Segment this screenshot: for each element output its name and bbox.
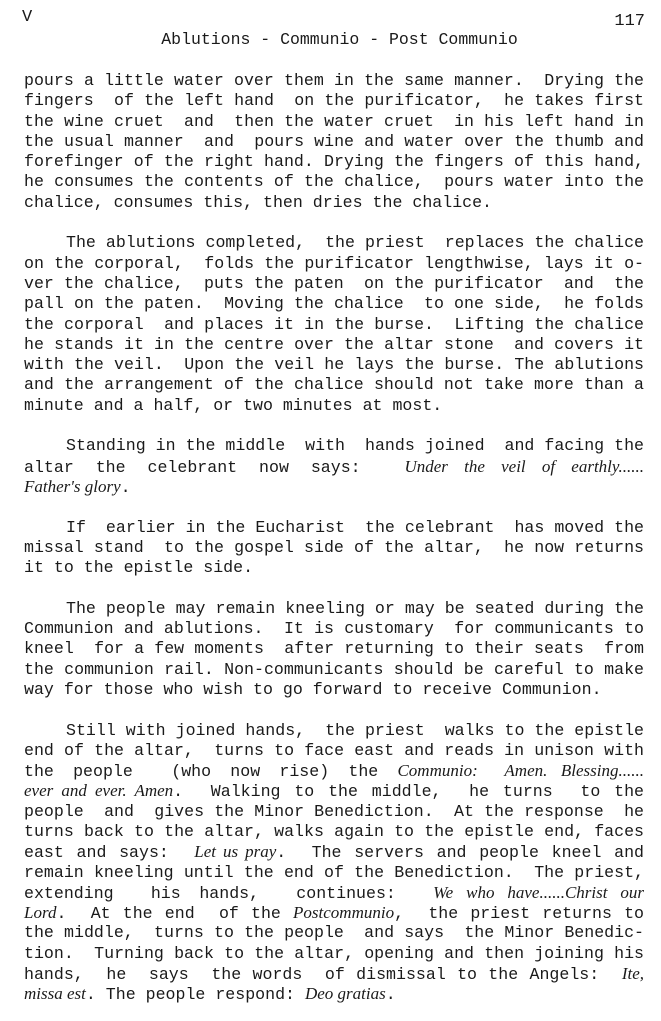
paragraph-gap — [24, 416, 644, 436]
text-line: missal stand to the gospel side of the a… — [24, 538, 644, 558]
paragraph: The people may remain kneeling or may be… — [24, 599, 644, 700]
text-line: end of the altar, turns to face east and… — [24, 741, 644, 761]
paragraph-gap — [24, 700, 644, 720]
text-line: the usual manner and pours wine and wate… — [24, 132, 644, 152]
text-run: chalice, consumes this, then dries the c… — [24, 193, 492, 212]
text-run: with the veil. Upon the veil he lays the… — [24, 355, 644, 374]
text-run: he consumes the contents of the chalice,… — [24, 172, 644, 191]
text-run: the corporal and places it in the burse.… — [24, 315, 644, 334]
italic-text: Father's glory — [24, 477, 121, 496]
text-line: kneel for a few moments after returning … — [24, 639, 644, 659]
text-line: it to the epistle side. — [24, 558, 644, 578]
text-run: . The people respond: — [86, 985, 305, 1004]
text-line: he stands it in the centre over the alta… — [24, 335, 644, 355]
text-line: minute and a half, or two minutes at mos… — [24, 396, 644, 416]
text-line: chalice, consumes this, then dries the c… — [24, 193, 644, 213]
paragraph: pours a little water over them in the sa… — [24, 71, 644, 213]
text-run: The ablutions completed, the priest repl… — [66, 233, 644, 252]
text-run: Standing in the middle with hands joined… — [66, 436, 644, 455]
text-line: Lord. At the end of the Postcommunio, th… — [24, 903, 644, 923]
text-run: extending his hands, continues: — [24, 884, 433, 903]
text-line: Standing in the middle with hands joined… — [24, 436, 644, 456]
text-line: east and says: Let us pray. The servers … — [24, 842, 644, 862]
text-line: the communion rail. Non-communicants sho… — [24, 660, 644, 680]
text-run: the communion rail. Non-communicants sho… — [24, 660, 644, 679]
text-line: the corporal and places it in the burse.… — [24, 315, 644, 335]
text-run: way for those who wish to go forward to … — [24, 680, 602, 699]
page-title: Ablutions - Communio - Post Communio — [0, 30, 661, 49]
text-run: it to the epistle side. — [24, 558, 253, 577]
text-run: Communion and ablutions. It is customary… — [24, 619, 644, 638]
paragraph: If earlier in the Eucharist the celebran… — [24, 518, 644, 579]
paragraph: Standing in the middle with hands joined… — [24, 436, 644, 497]
text-run: end of the altar, turns to face east and… — [24, 741, 644, 760]
text-run: . At the end of the — [56, 904, 293, 923]
text-run: , the priest returns to — [394, 904, 644, 923]
text-line: altar the celebrant now says: Under the … — [24, 457, 644, 477]
text-line: Father's glory. — [24, 477, 644, 497]
italic-text: Under the veil of earthly...... — [404, 457, 644, 476]
text-run: the people (who now rise) the — [24, 762, 397, 781]
text-run: missal stand to the gospel side of the a… — [24, 538, 644, 557]
text-run: on the corporal, folds the purificator l… — [24, 254, 644, 273]
page-number: 117 — [614, 12, 645, 31]
text-run: minute and a half, or two minutes at mos… — [24, 396, 442, 415]
text-run: pours a little water over them in the sa… — [24, 71, 644, 90]
text-line: tion. Turning back to the altar, opening… — [24, 944, 644, 964]
text-run: turns back to the altar, walks again to … — [24, 822, 644, 841]
italic-text: We who have......Christ our — [433, 883, 644, 902]
italic-text: Ite, — [622, 964, 644, 983]
text-run: forefinger of the right hand. Drying the… — [24, 152, 644, 171]
italic-text: Communio: Amen. Blessing...... — [397, 761, 644, 780]
text-line: remain kneeling until the end of the Ben… — [24, 863, 644, 883]
text-run: hands, he says the words of dismissal to… — [24, 965, 622, 984]
text-line: Communion and ablutions. It is customary… — [24, 619, 644, 639]
body-text: pours a little water over them in the sa… — [24, 71, 644, 1005]
text-run: and the arrangement of the chalice shoul… — [24, 375, 644, 394]
paragraph-gap — [24, 578, 644, 598]
paragraph: The ablutions completed, the priest repl… — [24, 233, 644, 416]
text-line: the middle, turns to the people and says… — [24, 923, 644, 943]
text-run: fingers of the left hand on the purifica… — [24, 91, 644, 110]
text-line: missa est. The people respond: Deo grati… — [24, 984, 644, 1004]
chapter-number: V — [22, 8, 32, 27]
text-line: turns back to the altar, walks again to … — [24, 822, 644, 842]
italic-text: missa est — [24, 984, 86, 1003]
text-line: fingers of the left hand on the purifica… — [24, 91, 644, 111]
text-line: he consumes the contents of the chalice,… — [24, 172, 644, 192]
text-run: the middle, turns to the people and says… — [24, 923, 644, 942]
italic-text: Let us pray — [194, 842, 276, 861]
italic-text: ever and ever. Amen — [24, 781, 173, 800]
text-line: and the arrangement of the chalice shoul… — [24, 375, 644, 395]
text-run: people and gives the Minor Benediction. … — [24, 802, 644, 821]
text-run: ver the chalice, puts the paten on the p… — [24, 274, 644, 293]
text-line: The ablutions completed, the priest repl… — [24, 233, 644, 253]
text-run: . — [386, 985, 396, 1004]
text-run: east and says: — [24, 843, 194, 862]
text-run: the wine cruet and then the water cruet … — [24, 112, 644, 131]
text-run: If earlier in the Eucharist the celebran… — [66, 518, 644, 537]
italic-text: Deo gratias — [305, 984, 386, 1003]
text-line: pall on the paten. Moving the chalice to… — [24, 294, 644, 314]
text-line: hands, he says the words of dismissal to… — [24, 964, 644, 984]
italic-text: Postcommunio — [293, 903, 394, 922]
text-line: If earlier in the Eucharist the celebran… — [24, 518, 644, 538]
text-line: extending his hands, continues: We who h… — [24, 883, 644, 903]
text-run: he stands it in the centre over the alta… — [24, 335, 644, 354]
text-run: . Walking to the middle, he turns to the — [173, 782, 644, 801]
text-run: kneel for a few moments after returning … — [24, 639, 644, 658]
text-line: ever and ever. Amen. Walking to the midd… — [24, 781, 644, 801]
text-line: the wine cruet and then the water cruet … — [24, 112, 644, 132]
text-line: The people may remain kneeling or may be… — [24, 599, 644, 619]
text-line: people and gives the Minor Benediction. … — [24, 802, 644, 822]
text-line: on the corporal, folds the purificator l… — [24, 254, 644, 274]
paragraph: Still with joined hands, the priest walk… — [24, 721, 644, 1005]
text-line: Still with joined hands, the priest walk… — [24, 721, 644, 741]
book-page: V 117 Ablutions - Communio - Post Commun… — [0, 0, 661, 1021]
paragraph-gap — [24, 213, 644, 233]
text-run: tion. Turning back to the altar, opening… — [24, 944, 644, 963]
text-run: . — [121, 478, 131, 497]
text-run: the usual manner and pours wine and wate… — [24, 132, 644, 151]
text-run: Still with joined hands, the priest walk… — [66, 721, 644, 740]
text-line: forefinger of the right hand. Drying the… — [24, 152, 644, 172]
text-run: The people may remain kneeling or may be… — [66, 599, 644, 618]
text-line: pours a little water over them in the sa… — [24, 71, 644, 91]
italic-text: Lord — [24, 903, 56, 922]
text-line: way for those who wish to go forward to … — [24, 680, 644, 700]
paragraph-gap — [24, 497, 644, 517]
text-line: ver the chalice, puts the paten on the p… — [24, 274, 644, 294]
text-run: pall on the paten. Moving the chalice to… — [24, 294, 644, 313]
text-run: . The servers and people kneel and — [276, 843, 644, 862]
text-run: remain kneeling until the end of the Ben… — [24, 863, 644, 882]
text-line: with the veil. Upon the veil he lays the… — [24, 355, 644, 375]
text-run: altar the celebrant now says: — [24, 458, 404, 477]
text-line: the people (who now rise) the Communio: … — [24, 761, 644, 781]
